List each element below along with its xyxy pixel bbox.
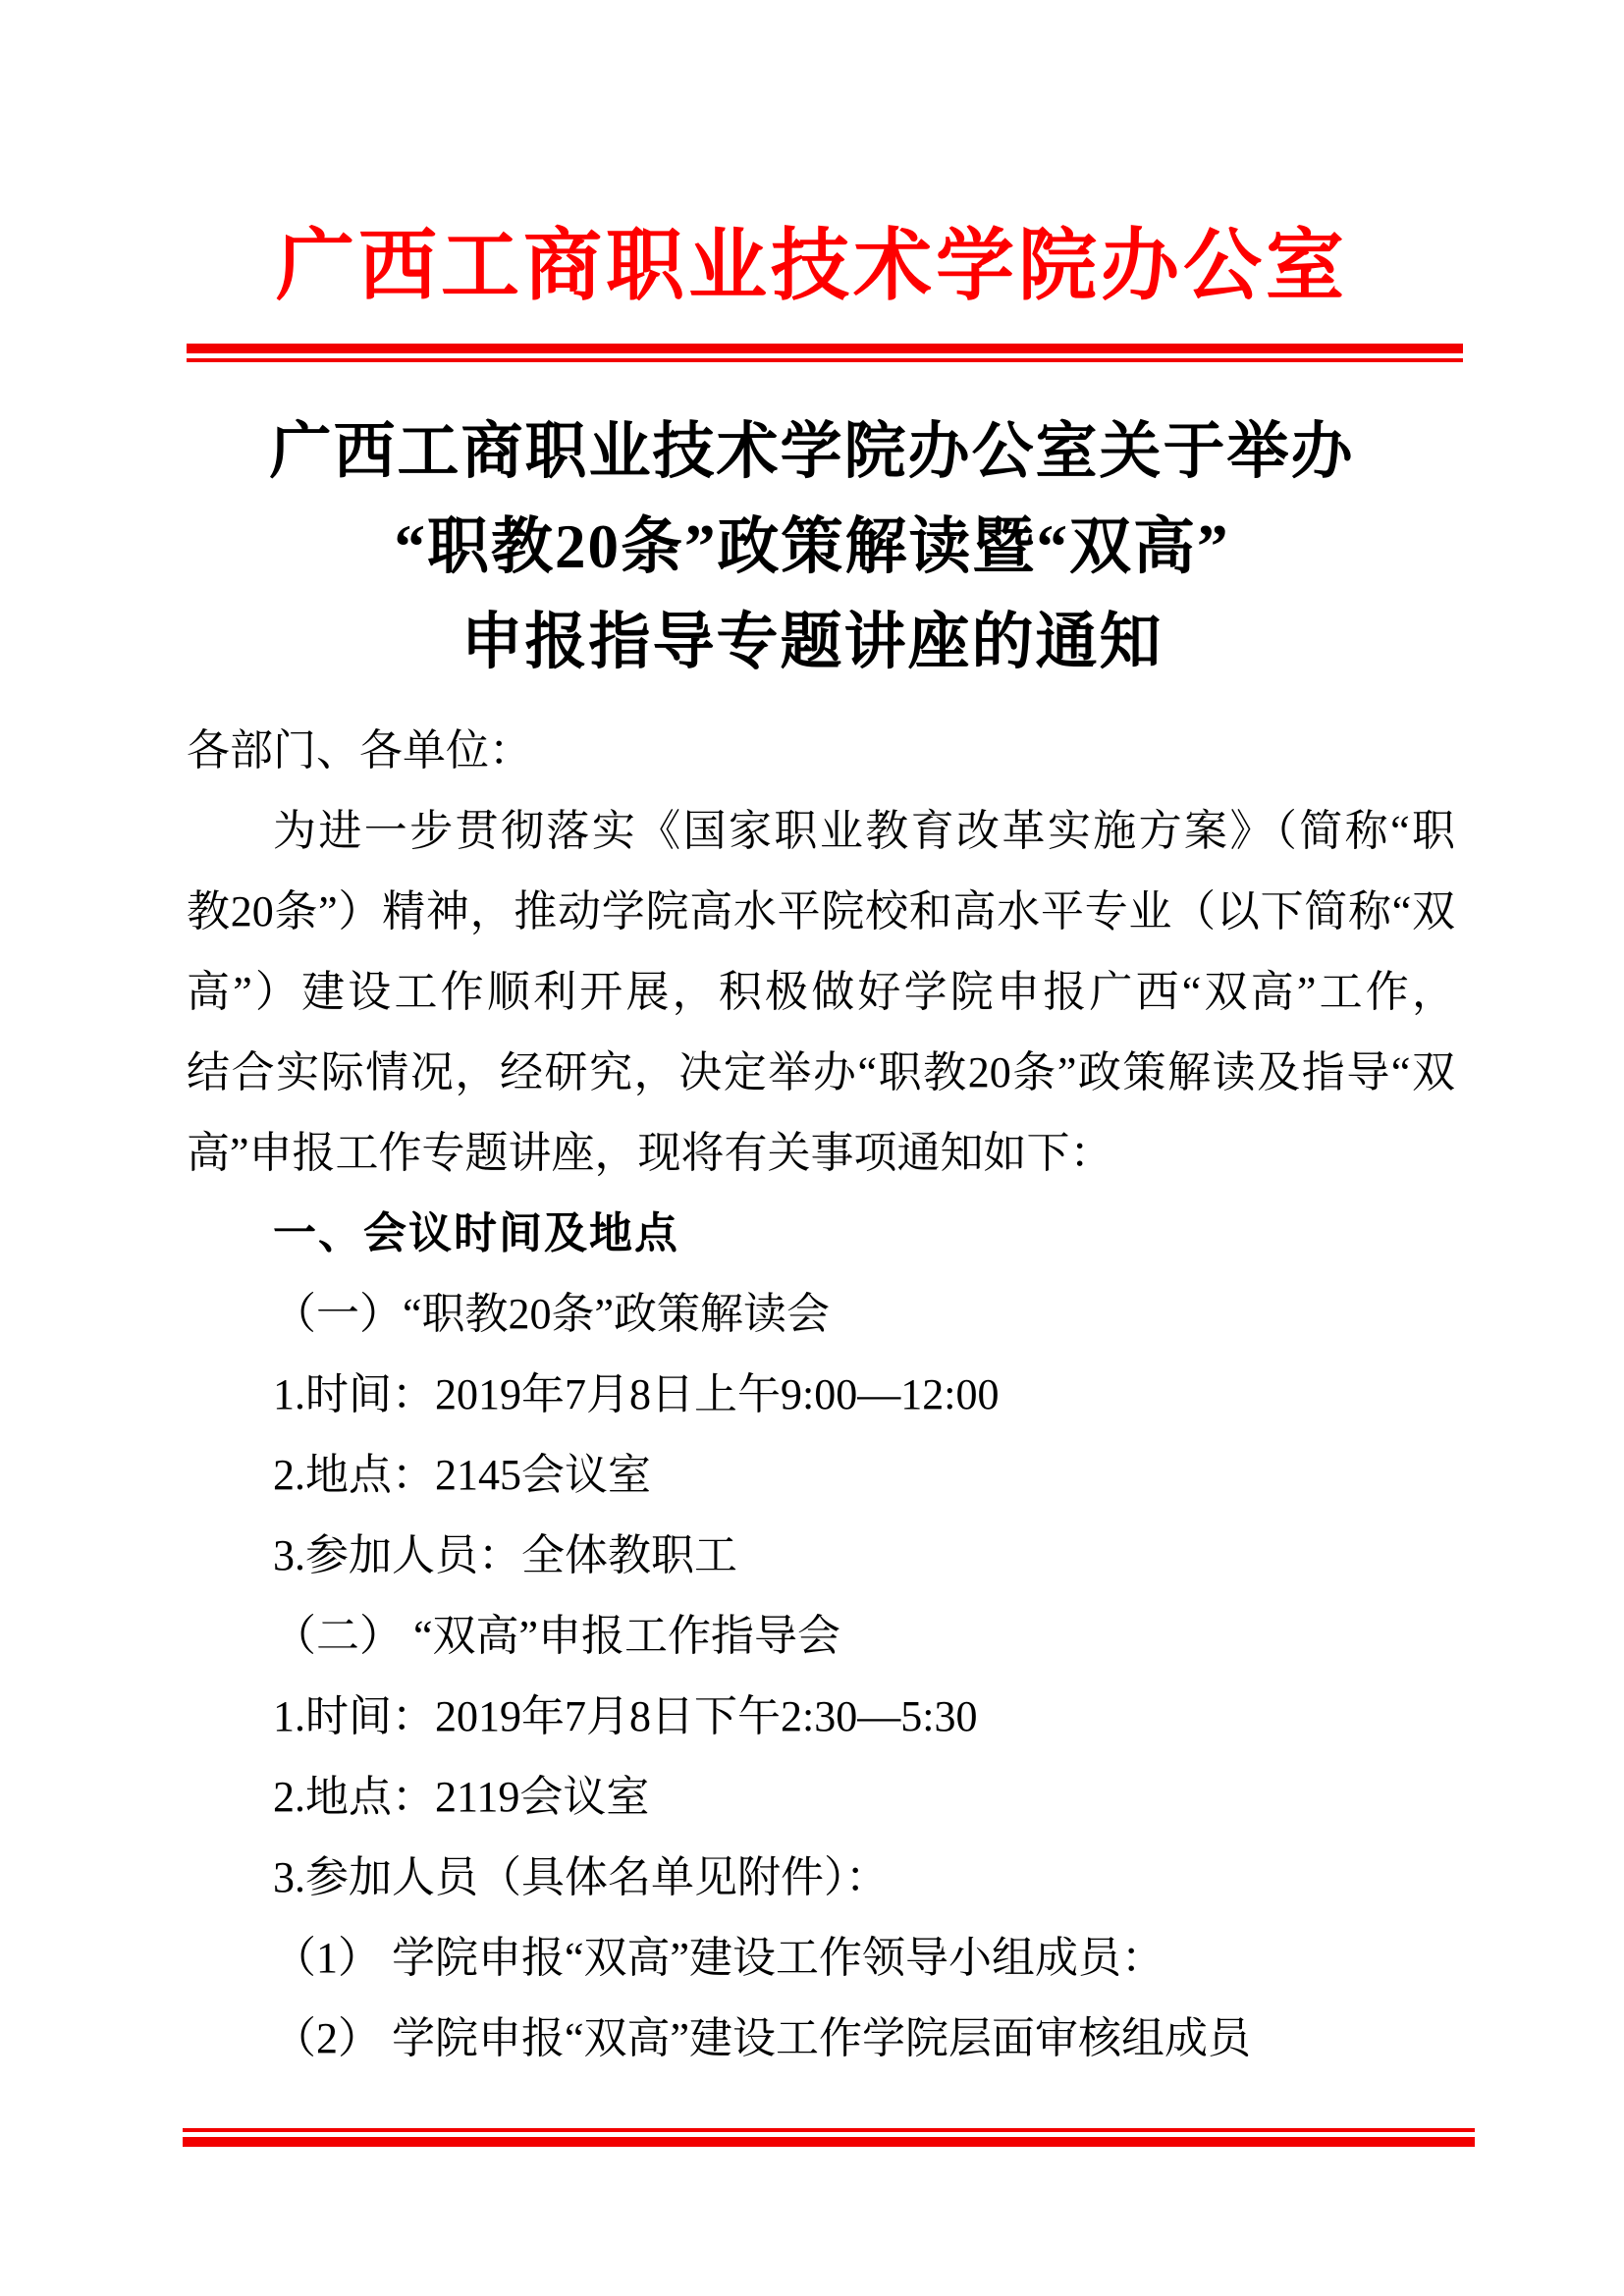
document-title-line-1: 广西工商职业技术学院办公室关于举办 xyxy=(0,404,1624,500)
section-1-heading: 一、会议时间及地点 xyxy=(187,1194,1455,1274)
participant-group-1: （1） 学院申报“双高”建设工作领导小组成员： xyxy=(187,1918,1455,1999)
intro-line-2: 教20条”）精神，推动学院高水平院校和高水平专业（以下简称“双 xyxy=(187,872,1455,952)
participant-group-2: （2） 学院申报“双高”建设工作学院层面审核组成员 xyxy=(187,1999,1455,2079)
meeting-1-time: 1.时间：2019年7月8日上午9:00—12:00 xyxy=(187,1355,1455,1435)
intro-line-4: 结合实际情况，经研究，决定举办“职教20条”政策解读及指导“双 xyxy=(187,1033,1455,1113)
document-body: 各部门、各单位： 为进一步贯彻落实《国家职业教育改革实施方案》（简称“职 教20… xyxy=(187,711,1455,2079)
red-header-org-name: 广西工商职业技术学院办公室 xyxy=(0,226,1624,308)
meeting-1-heading: （一）“职教20条”政策解读会 xyxy=(187,1274,1455,1355)
intro-line-3: 高”）建设工作顺利开展，积极做好学院申报广西“双高”工作， xyxy=(187,952,1455,1033)
document-page: 广西工商职业技术学院办公室 广西工商职业技术学院办公室关于举办 “职教20条”政… xyxy=(0,0,1624,2296)
meeting-1-participants: 3.参加人员：全体教职工 xyxy=(187,1516,1455,1596)
document-title-line-2: “职教20条”政策解读暨“双高” xyxy=(0,500,1624,595)
meeting-2-heading: （二） “双高”申报工作指导会 xyxy=(187,1596,1455,1677)
intro-line-1: 为进一步贯彻落实《国家职业教育改革实施方案》（简称“职 xyxy=(187,791,1455,872)
meeting-1-location: 2.地点：2145会议室 xyxy=(187,1435,1455,1516)
header-double-rule xyxy=(187,344,1463,362)
meeting-2-participants: 3.参加人员（具体名单见附件）： xyxy=(187,1838,1455,1918)
header-rule-thick xyxy=(187,344,1463,353)
meeting-2-location: 2.地点：2119会议室 xyxy=(187,1757,1455,1838)
document-title: 广西工商职业技术学院办公室关于举办 “职教20条”政策解读暨“双高” 申报指导专… xyxy=(0,404,1624,690)
footer-double-rule xyxy=(183,2128,1475,2147)
document-title-line-3: 申报指导专题讲座的通知 xyxy=(0,595,1624,690)
intro-line-5: 高”申报工作专题讲座，现将有关事项通知如下： xyxy=(187,1113,1455,1194)
salutation-line: 各部门、各单位： xyxy=(187,711,1455,791)
meeting-2-time: 1.时间：2019年7月8日下午2:30—5:30 xyxy=(187,1677,1455,1757)
header-rule-thin xyxy=(187,358,1463,362)
footer-rule-thick xyxy=(183,2137,1475,2147)
